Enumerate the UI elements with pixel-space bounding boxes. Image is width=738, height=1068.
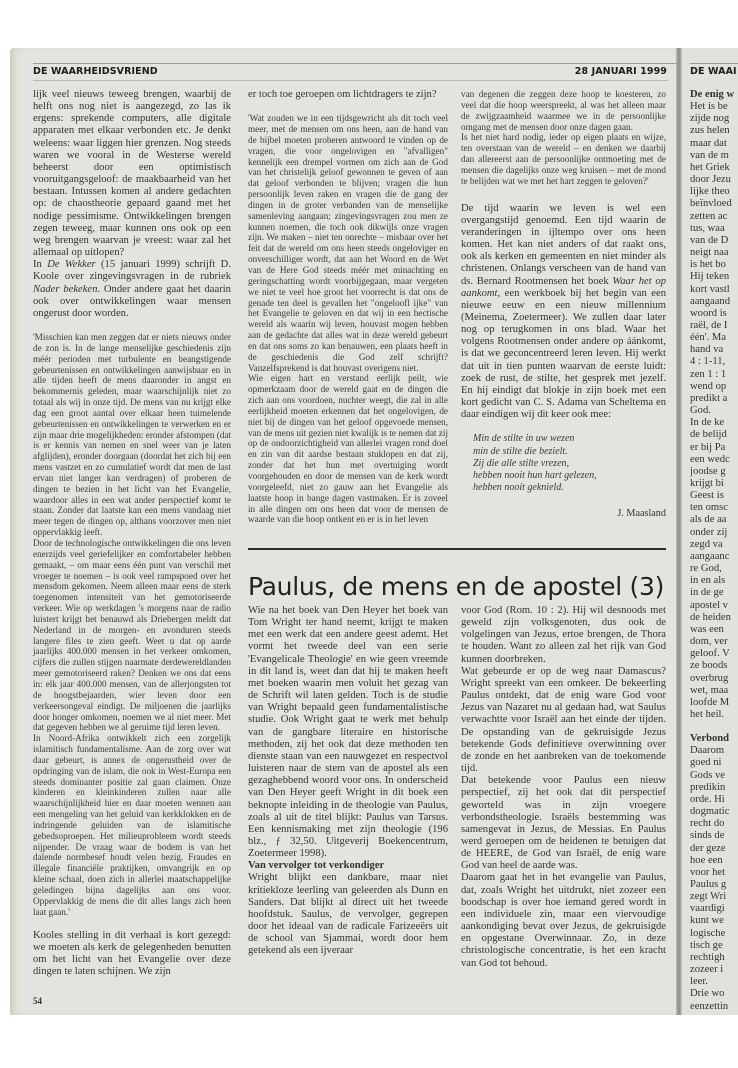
quote-continuation: van degenen die zeggen deze hoop te koes… [461,89,666,187]
column-2: er toch toe geroepen om lichtdragers te … [248,89,448,525]
fragment-line: 4 : 1-11, [690,356,738,368]
fragment-line: zen 1 : 1 [690,369,738,381]
header-rule [33,63,678,64]
rootmensen-quote: 'Wat zouden we in een tijdsgewricht als … [248,113,448,525]
fragment-line: zozeer i [690,964,738,976]
issue-date: 28 JANUARI 1999 [545,66,667,80]
fragment-line: wend op [690,381,738,393]
fragment-line: onder zij [690,527,738,539]
fragment-line: logische [690,928,738,940]
fragment-line: beïnvloed [690,198,738,210]
fragment-line: kunt we [690,915,738,927]
fragment-line: lijke theo [690,186,738,198]
fragment-line: Hij teken [690,271,738,283]
poem-line: min de stilte die bezielt. [473,446,666,458]
fragment-line: dogmatic [690,806,738,818]
fragment-line: zegt Wri [690,891,738,903]
fragment-line: de heiden [690,612,738,624]
fragment-line: voor het [690,867,738,879]
rubric-title: Nader bekeken [33,284,97,295]
fragment-line: tisch ge [690,940,738,952]
fragment-line [690,721,738,733]
quote-paragraph: van degenen die zeggen deze hoop te koes… [461,89,666,132]
fragment-line: het Griek [690,162,738,174]
page-number: 54 [33,996,42,1006]
fragment-line: predikin [690,782,738,794]
body-paragraph: Dat betekende voor Paulus een nieuw pers… [461,775,666,872]
koole-quote: 'Misschien kan men zeggen dat er niets n… [33,332,231,918]
fragment-line: zetten ac [690,211,738,223]
section-subheading: Van vervolger tot verkondiger [248,860,448,872]
right-publication-name: DE WAAI [690,66,738,80]
fragment-line: door Jezu [690,174,738,186]
fragment-line: woord is [690,308,738,320]
fragment-line: De enig w [690,89,738,101]
fragment-line: in en als [690,575,738,587]
fragment-line: ze boods [690,660,738,672]
fragment-line: In de ke [690,417,738,429]
fragment-line: geloof. V [690,648,738,660]
fragment-line: predikt a [690,393,738,405]
fragment-line: het heil. [690,709,738,721]
right-page-column-fragment: De enig wHet is bezijde nogzus helenmaar… [690,89,738,1013]
fragment-line: aangaanc [690,551,738,563]
body-paragraph: Wat gebeurde er op de weg naar Damascus?… [461,666,666,775]
fragment-line: zus helen [690,125,738,137]
poem-line: Zij die alle stilte vrezen, [473,458,666,470]
fragment-line: rechtigh [690,952,738,964]
fragment-line: één'. Ma [690,332,738,344]
poem: Min de stilte in uw wezen min de stilte … [461,433,666,493]
text: In [33,259,47,270]
fragment-line: recht do [690,818,738,830]
fragment-line: kort vastl [690,284,738,296]
quote-paragraph: Wie eigen hart en verstand eerlijk peilt… [248,373,448,525]
body-paragraph: De tijd waarin we leven is wel een overg… [461,203,666,422]
fragment-line: is het bo [690,259,738,271]
publication-title: De Wekker [47,259,95,270]
fragment-line: Het is be [690,101,738,113]
intro-paragraph: lijk veel nieuws teweeg brengen, waarbij… [33,89,231,259]
quote-paragraph: Door de technologische ontwikkelingen di… [33,538,231,733]
fragment-line: goed ni [690,757,738,769]
column-1: lijk veel nieuws teweeg brengen, waarbij… [33,89,231,978]
fragment-line: als de aa [690,514,738,526]
fragment-line: sinds de [690,830,738,842]
fragment-line: maar dat [690,138,738,150]
right-header-rule [690,63,738,64]
fragment-line: vaardigi [690,903,738,915]
quote-paragraph: Is het niet hard nodig, ieder op eigen p… [461,132,666,186]
body-paragraph: Wright blijkt een dankbare, maar niet kr… [248,872,448,957]
fragment-line: Daarom [690,745,738,757]
poem-line: hebben nooit geknield. [473,482,666,494]
text: De tijd waarin we leven is wel een overg… [461,203,666,287]
poem-line: hebben nooit hun hart gelezen, [473,470,666,482]
fragment-line: joodse g [690,466,738,478]
quote-paragraph: 'Wat zouden we in een tijdsgewricht als … [248,113,448,373]
body-paragraph: voor God (Rom. 10 : 2). Hij wil desnoods… [461,605,666,666]
fragment-line: hoe een [690,855,738,867]
fragment-line: ten omsc [690,502,738,514]
fragment-line: een wedc [690,454,738,466]
article2-column-1: Wie na het boek van Den Heyer het boek v… [248,605,448,958]
text: , een werkboek bij het begin van een nie… [461,288,666,421]
poem-line: Min de stilte in uw wezen [473,433,666,445]
fragment-line: er bij Pa [690,442,738,454]
quote-paragraph: 'Misschien kan men zeggen dat er niets n… [33,332,231,538]
fragment-line: hand va [690,344,738,356]
closing-paragraph: Kooles stelling in dit verhaal is kort g… [33,930,231,979]
fragment-line: apostel v [690,600,738,612]
quote-paragraph: In Noord-Afrika ontwikkelt zich een zorg… [33,733,231,917]
fragment-line: Gods ve [690,770,738,782]
fragment-line: van de D [690,235,738,247]
wekker-paragraph: In De Wekker (15 januari 1999) schrijft … [33,259,231,320]
fragment-line: Paulus g [690,879,738,891]
fragment-line: neigt naa [690,247,738,259]
fragment-line: der geze [690,843,738,855]
publication-name: DE WAARHEIDSVRIEND [33,66,158,80]
author-signature: J. Maasland [461,508,666,520]
fragment-line: Geest is [690,490,738,502]
fragment-line: God. [690,405,738,417]
fragment-line: aangaand [690,296,738,308]
fragment-line: loofde M [690,697,738,709]
header-underline [33,80,668,81]
fragment-line: krijgt bi [690,478,738,490]
fragment-line: de belijd [690,429,738,441]
fragment-line: overbrug [690,673,738,685]
fragment-line: Verbond [690,733,738,745]
fragment-line: Drie wo [690,988,738,1000]
fragment-line: dom, ver [690,636,738,648]
fragment-line: re God, [690,563,738,575]
article-divider [248,548,666,550]
article2-column-2: voor God (Rom. 10 : 2). Hij wil desnoods… [461,605,666,970]
body-paragraph: Wie na het boek van Den Heyer het boek v… [248,605,448,860]
intro-paragraph: er toch toe geroepen om lichtdragers te … [248,89,448,101]
body-paragraph: Daarom gaat het in het evangelie van Pau… [461,872,666,969]
fragment-line: van de m [690,150,738,162]
fragment-line: raël, de I [690,320,738,332]
article-title: Paulus, de mens en de apostel (3) [248,572,664,601]
fragment-line: tus, waa [690,223,738,235]
fragment-line: zegd va [690,539,738,551]
fragment-line: zijde nog [690,113,738,125]
fragment-line: wet, maa [690,685,738,697]
fragment-line: leer. [690,976,738,988]
fragment-line: orde. Hi [690,794,738,806]
fragment-line: was een [690,624,738,636]
column-3: van degenen die zeggen deze hoop te koes… [461,89,666,520]
fragment-line: eenzettin [690,1001,738,1013]
fragment-line: in de ge [690,587,738,599]
